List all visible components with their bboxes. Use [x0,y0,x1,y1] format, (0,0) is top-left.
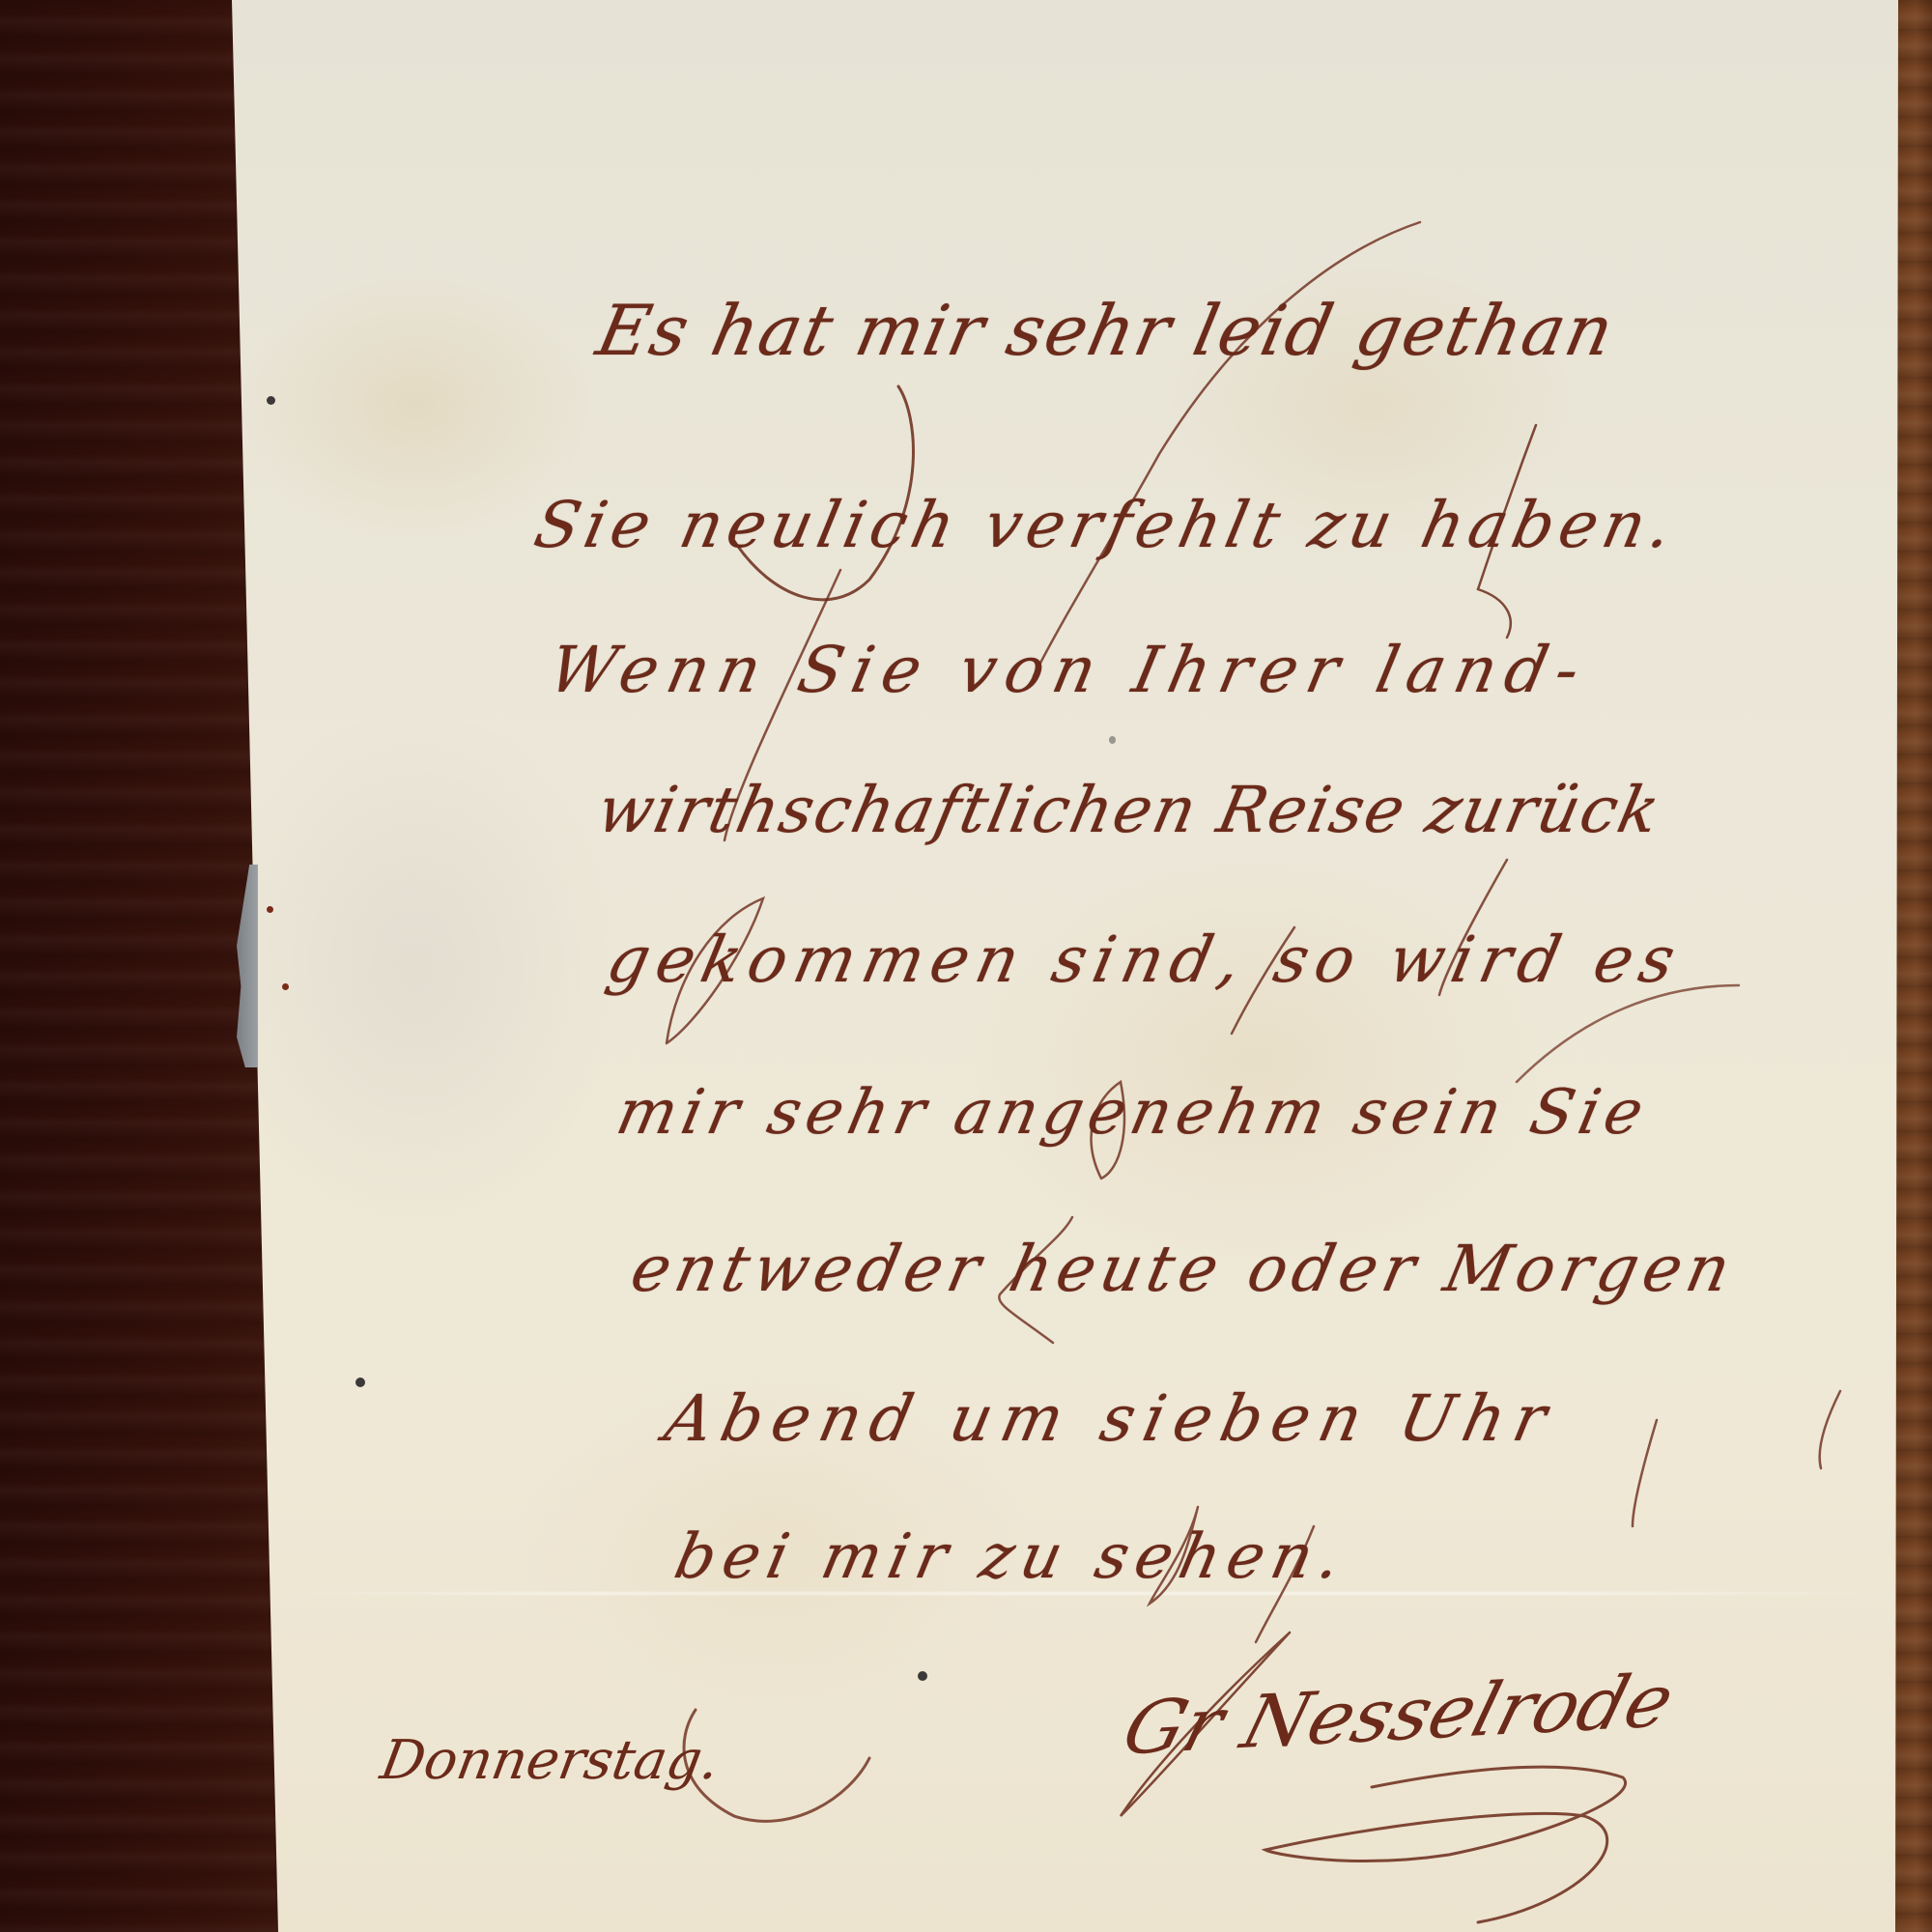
letter-line-6: mir sehr angenehm sein Sie [611,1077,1655,1149]
photo-scene: Es hat mir sehr leid gethan Sie neulich … [0,0,1932,1932]
letter-line-8: Abend um sieben Uhr [659,1381,1563,1456]
letter-line-2: Sie neulich verfehlt zu haben. [528,488,1685,562]
letter-line-5: gekommen sind, so wird es [601,923,1690,997]
letter-signature: Gr Nesselrode [1115,1658,1684,1772]
letter-line-7: entweder heute oder Morgen [625,1232,1743,1306]
letter-line-1: Es hat mir sehr leid gethan [590,290,1622,371]
letter-body: Es hat mir sehr leid gethan Sie neulich … [0,0,1932,1932]
letter-line-9: bei mir zu sehen. [668,1521,1354,1593]
letter-dateline: Donnerstag. [376,1729,724,1792]
letter-line-3: Wenn Sie von Ihrer land- [543,633,1596,707]
letter-line-4: wirthschaftlichen Reise zurück [591,773,1667,847]
